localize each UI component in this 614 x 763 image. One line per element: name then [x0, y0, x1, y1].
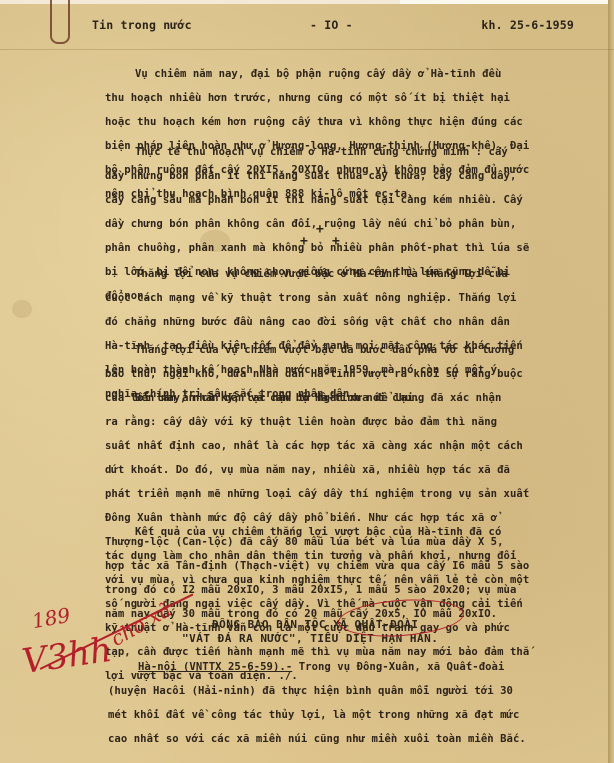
text-line: cuộc cách mạng về kỹ thuật trong sản xuấ… — [105, 292, 585, 304]
text-line: ra rằng: cấy dầy với kỹ thuật liên hoàn … — [105, 416, 585, 428]
separator-mark: + — [300, 234, 308, 249]
text-line: Thực tế thu hoạch vụ chiêm ở Hà-tĩnh cũn… — [105, 146, 585, 158]
text-line: suất nhất định cao, nhất là các hợp tác … — [105, 440, 585, 452]
page-top-edge — [0, 0, 614, 4]
text-line: thu hoạch nhiều hơn trước, nhưng cũng có… — [105, 92, 585, 104]
document-date: kh. 25-6-1959 — [481, 18, 574, 32]
dateline: Hà-nội (VNTTX 25-6-59).- — [138, 661, 292, 673]
text-line: phân chuồng, phân xanh mà không bỏ nhiều… — [105, 242, 585, 254]
paperclip-icon — [50, 0, 70, 44]
document-page: Tin trong nước - IO - kh. 25-6-1959 Vụ c… — [0, 0, 614, 763]
text-line: cấy càng sâu mà phân bón ít thì năng suấ… — [105, 194, 585, 206]
text-line: Hà-nội (VNTTX 25-6-59).- Trong vụ Đông-X… — [108, 661, 588, 673]
text-line: bảo thủ, ngại khó, đưa nhân dân Hà-tĩnh … — [105, 368, 585, 380]
text-line: cao nhất so với các xã miền núi cũng như… — [108, 733, 588, 745]
separator-mark: + — [332, 234, 340, 249]
text-line: Đến nay, nhân dân và cán bộ Hà-tĩnh nói … — [105, 392, 585, 404]
text-line: Thắng lợi của vụ chiêm vượt bậc ở Hà-tĩn… — [105, 268, 585, 280]
text-line: phát triển mạnh mẽ những loại cấy dầy th… — [105, 488, 585, 500]
text-line: dứt khoát. Do đó, vụ mùa năm nay, nhiều … — [105, 464, 585, 476]
text-line: tác dụng làm cho nhân dân thêm tin tưởng… — [105, 550, 585, 562]
fold-line — [0, 49, 614, 50]
page-number: - IO - — [310, 18, 353, 32]
page-right-edge — [608, 0, 614, 763]
second-article-body: Hà-nội (VNTTX 25-6-59).- Trong vụ Đông-X… — [108, 649, 588, 757]
text-line: hoặc thu hoạch kém hơn ruộng cấy thưa vì… — [105, 116, 585, 128]
text-line: Thắng lợi của vụ chiêm vượt bậc đã bước … — [105, 344, 585, 356]
text-line: (huyện Hacôi (Hải-ninh) đã thực hiện bìn… — [108, 685, 588, 697]
text-line: dầy chưng bón phân không cân đối, ruộng … — [105, 218, 585, 230]
separator-mark: + — [316, 222, 324, 237]
text-line: Vụ chiêm năm nay, đại bộ phận ruộng cấy … — [105, 68, 585, 80]
text-line: với vụ mùa, vì chưa qua kinh nghiệm thực… — [105, 574, 585, 586]
paper-tab — [400, 0, 614, 4]
text-line: Kết quả của vụ chiêm thắng lợi vượt bậc … — [105, 526, 585, 538]
text-line: đó chẳng những bước đầu nâng cao đời sốn… — [105, 316, 585, 328]
section-label: Tin trong nước — [92, 18, 192, 32]
text-line: dầy nhưng bón phân ít thì năng suất thua… — [105, 170, 585, 182]
text-line: mét khối đất về công tác thủy lợi, là mộ… — [108, 709, 588, 721]
handwritten-number: 189 — [30, 603, 72, 633]
stain — [12, 300, 32, 318]
